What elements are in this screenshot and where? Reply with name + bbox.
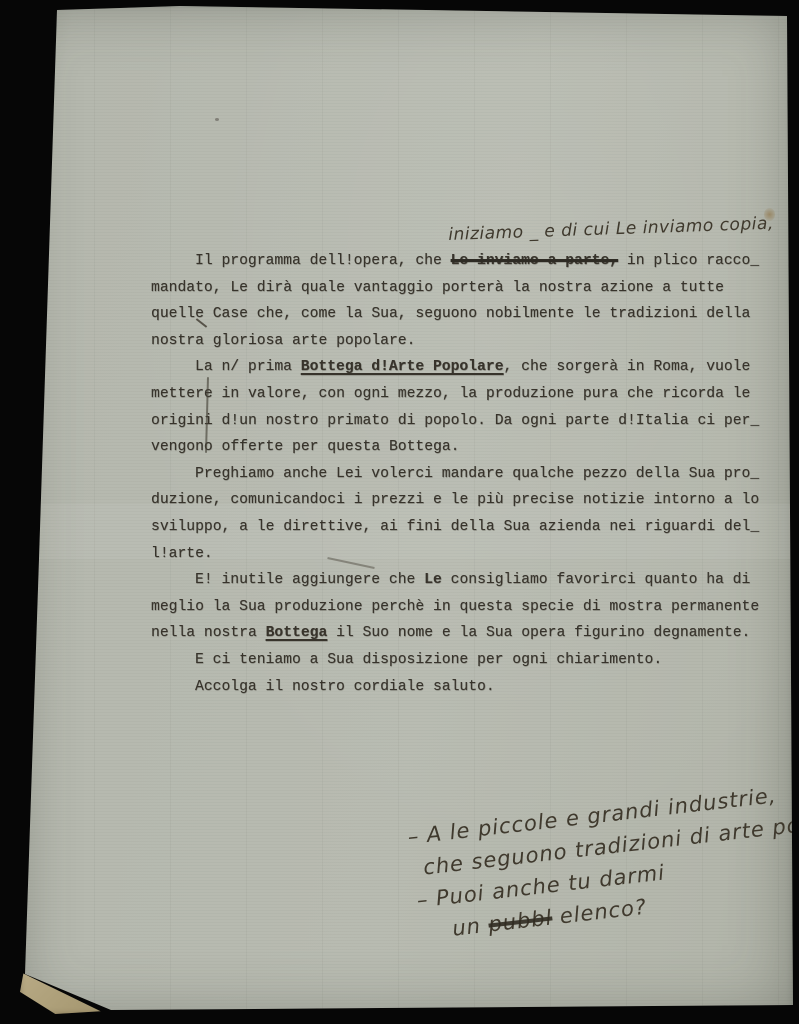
typed-line: Preghiamo anche Lei volerci mandare qual… (151, 461, 781, 488)
text-segment: E! inutile aggiungere che (195, 572, 424, 588)
text-segment: quelle Case che, come la Sua, seguono no… (151, 306, 750, 322)
typed-line: nostra gloriosa arte popolare. (151, 328, 781, 355)
typed-line: E ci teniamo a Sua disposizione per ogni… (151, 647, 781, 674)
typed-line: duzione, comunicandoci i prezzi e le più… (151, 487, 781, 514)
text-segment: Accolga il nostro cordiale saluto. (195, 679, 495, 695)
scribble-text: pubbl (487, 905, 553, 936)
typed-line: nella nostra Bottega il Suo nome e la Su… (151, 620, 781, 647)
text-segment: La n/ prima (195, 359, 301, 375)
top-handwritten-note: iniziamo _ e di cui Le inviamo copia, (448, 214, 774, 245)
typed-line: Accolga il nostro cordiale saluto. (151, 674, 781, 701)
text-segment: consigliamo favorirci quanto ha di (442, 572, 751, 588)
strike-text: Le inviamo a parte, (451, 253, 618, 269)
bold-text: Le (424, 572, 442, 588)
typed-line: mandato, Le dirà quale vantaggio porterà… (151, 275, 781, 302)
text-segment: l!arte. (151, 546, 213, 562)
text-segment: vengono offerte per questa Bottega. (151, 439, 460, 455)
underline-text: Bottega (266, 625, 328, 641)
text-segment: in plico racco_ (618, 253, 759, 269)
text-segment: nella nostra (151, 625, 266, 641)
letter-paper: Il programma dell!opera, che Le inviamo … (18, 4, 794, 1017)
text-segment: mettere in valore, con ogni mezzo, la pr… (151, 386, 750, 402)
text-segment: nostra gloriosa arte popolare. (151, 333, 415, 349)
text-segment: , che sorgerà in Roma, vuole (504, 359, 751, 375)
paper-speck (215, 118, 219, 121)
bottom-handwritten-note: – A le piccole e grandi industrie,che se… (400, 773, 799, 949)
text-segment: E ci teniamo a Sua disposizione per ogni… (195, 652, 662, 668)
underline-text: Bottega d!Arte Popolare (301, 359, 504, 375)
text-segment: origini d!un nostro primato di popolo. D… (151, 413, 759, 429)
scan-background: { "scan": { "description": "Scanned type… (0, 0, 799, 1024)
typed-line: vengono offerte per questa Bottega. (151, 434, 781, 461)
typed-line: E! inutile aggiungere che Le consigliamo… (151, 567, 781, 594)
text-segment: Preghiamo anche Lei volerci mandare qual… (195, 466, 759, 482)
typed-line: sviluppo, a le direttive, ai fini della … (151, 514, 781, 541)
typed-line: meglio la Sua produzione perchè in quest… (151, 594, 781, 621)
text-segment: il Suo nome e la Sua opera figurino degn… (327, 625, 750, 641)
typed-text-block: Il programma dell!opera, che Le inviamo … (151, 248, 781, 700)
typed-line: mettere in valore, con ogni mezzo, la pr… (151, 381, 781, 408)
typed-line: quelle Case che, come la Sua, seguono no… (151, 301, 781, 328)
typed-line: origini d!un nostro primato di popolo. D… (151, 408, 781, 435)
text-segment: meglio la Sua produzione perchè in quest… (151, 599, 759, 615)
text-segment: Il programma dell!opera, che (195, 253, 451, 269)
typed-line: Il programma dell!opera, che Le inviamo … (151, 248, 781, 275)
text-segment: un (451, 913, 490, 941)
typed-line: l!arte. (151, 541, 781, 568)
typed-line: La n/ prima Bottega d!Arte Popolare, che… (151, 354, 781, 381)
text-segment: sviluppo, a le direttive, ai fini della … (151, 519, 759, 535)
text-segment: duzione, comunicandoci i prezzi e le più… (151, 492, 759, 508)
text-segment: mandato, Le dirà quale vantaggio porterà… (151, 280, 724, 296)
text-segment: elenco? (551, 895, 648, 930)
